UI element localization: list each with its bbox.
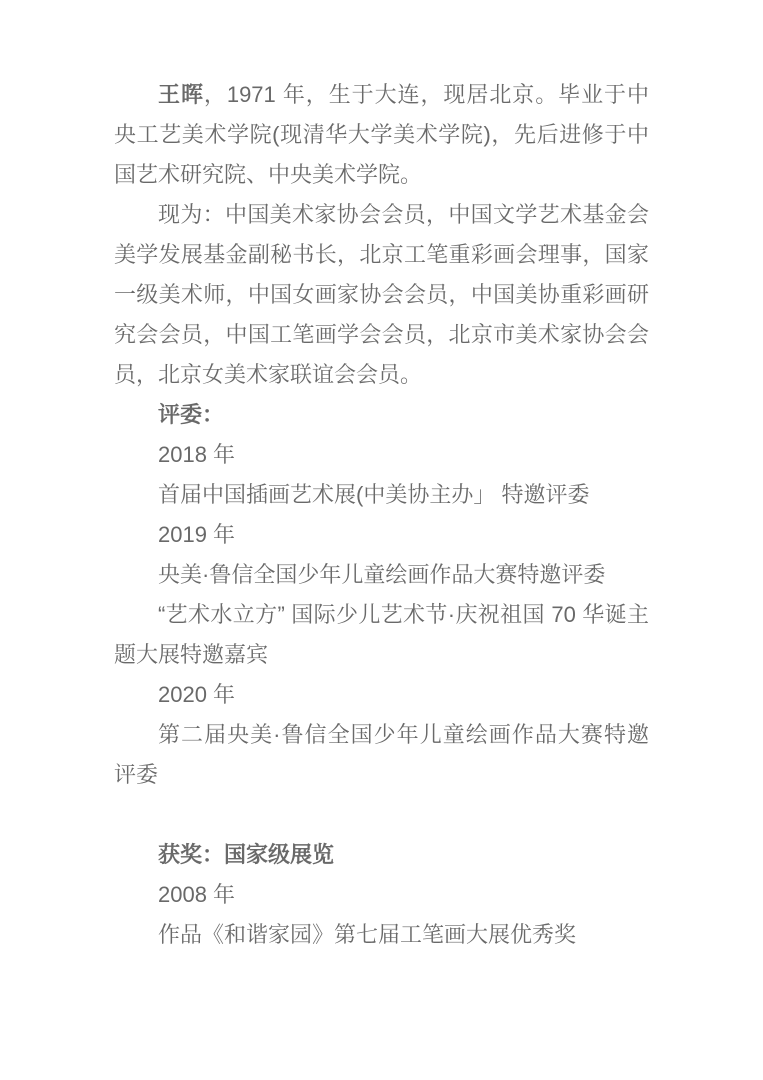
artist-name: 王晖 — [158, 82, 204, 107]
judge-item-children-art-contest-2019: 央美·鲁信全国少年儿童绘画作品大赛特邀评委 — [114, 555, 649, 595]
judge-year-2018: 2018 年 — [114, 435, 649, 475]
judge-section-heading: 评委： — [114, 395, 649, 435]
memberships-paragraph: 现为：中国美术家协会会员，中国文学艺术基金会美学发展基金副秘书长，北京工笔重彩画… — [114, 195, 649, 395]
blank-line — [114, 795, 649, 835]
award-item-harmonious-home: 作品《和谐家园》第七届工笔画大展优秀奖 — [114, 915, 649, 955]
judge-item-children-art-contest-2020: 第二届央美·鲁信全国少年儿童绘画作品大赛特邀评委 — [114, 715, 649, 795]
judge-item-illustration-exhibition: 首届中国插画艺术展(中美协主办」 特邀评委 — [114, 475, 649, 515]
awards-section-heading: 获奖：国家级展览 — [114, 835, 649, 875]
judge-year-2019: 2019 年 — [114, 515, 649, 555]
judge-item-water-cube-festival: “艺术水立方” 国际少儿艺术节·庆祝祖国 70 华诞主题大展特邀嘉宾 — [114, 595, 649, 675]
award-year-2008: 2008 年 — [114, 875, 649, 915]
artist-bio-paragraph: 王晖，1971 年，生于大连，现居北京。毕业于中央工艺美术学院(现清华大学美术学… — [114, 75, 649, 195]
artist-bio-article: 王晖，1971 年，生于大连，现居北京。毕业于中央工艺美术学院(现清华大学美术学… — [114, 75, 649, 955]
judge-year-2020: 2020 年 — [114, 675, 649, 715]
document-page: 王晖，1971 年，生于大连，现居北京。毕业于中央工艺美术学院(现清华大学美术学… — [0, 0, 763, 1080]
